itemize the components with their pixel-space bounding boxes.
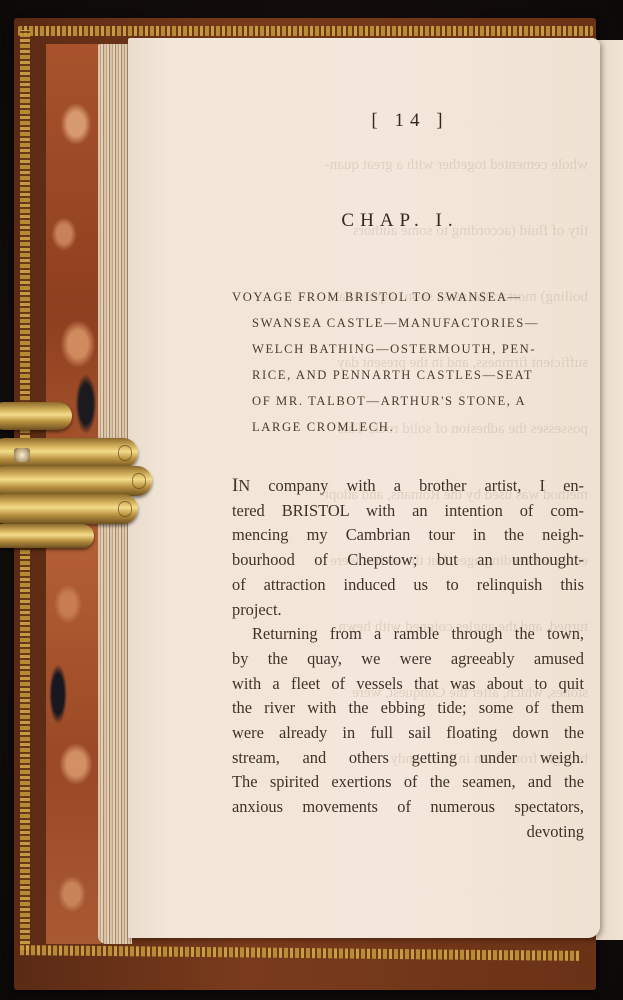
body-line: of attraction induced us to relinquish t…: [232, 573, 584, 598]
fingernail: [118, 445, 132, 461]
summary-line: LARGE CROMLECH.: [232, 414, 588, 440]
clasp-finger: [0, 466, 152, 496]
summary-line: SWANSEA CASTLE—MANUFACTORIES—: [232, 310, 588, 336]
clasp-ring-icon: [14, 448, 30, 462]
summary-line: OF MR. TALBOT—ARTHUR'S STONE, A: [232, 388, 588, 414]
catchword: devoting: [232, 820, 584, 845]
brass-hand-clasp: [0, 400, 160, 550]
body-line: were already in full sail floating down …: [232, 721, 584, 746]
clasp-finger: [0, 524, 94, 548]
summary-line: RICE, AND PENNARTH CASTLES—SEAT: [232, 362, 588, 388]
body-line: the river with the ebbing tide; some of …: [232, 696, 584, 721]
body-line: project.: [232, 598, 584, 623]
body-text: IN company with a brother artist, I en- …: [232, 474, 584, 845]
fingernail: [118, 501, 132, 517]
clasp-finger: [0, 494, 138, 524]
chapter-title: CHAP. I.: [300, 210, 500, 232]
fingernail: [132, 473, 146, 489]
body-line: IN company with a brother artist, I en-: [232, 474, 584, 499]
ghost-line: whole cemented together with a great qua…: [238, 154, 588, 176]
clasp-thumb: [0, 402, 72, 430]
line-text: N company with a brother artist, I en-: [238, 476, 584, 495]
summary-line: VOYAGE FROM BRISTOL TO SWANSEA—: [232, 284, 588, 310]
body-line: tered BRISTOL with an intention of com-: [232, 499, 584, 524]
body-line: Returning from a ramble through the town…: [232, 622, 584, 647]
book-photo: whole cemented together with a great qua…: [0, 0, 623, 1000]
paragraph-1: IN company with a brother artist, I en- …: [232, 474, 584, 622]
chapter-summary: VOYAGE FROM BRISTOL TO SWANSEA— SWANSEA …: [232, 284, 588, 440]
body-line: stream, and others getting under weigh.: [232, 746, 584, 771]
next-page-edge: [596, 40, 623, 940]
body-line: by the quay, we were agreeably amused: [232, 647, 584, 672]
body-line: mencing my Cambrian tour in the neigh-: [232, 523, 584, 548]
gilt-border-top: [18, 26, 593, 36]
page-number: [ 14 ]: [370, 110, 450, 132]
paragraph-2: Returning from a ramble through the town…: [232, 622, 584, 820]
summary-line: WELCH BATHING—OSTERMOUTH, PEN-: [232, 336, 588, 362]
body-line: The spirited exertions of the seamen, an…: [232, 770, 584, 795]
body-line: bourhood of Chepstow; but an unthought-: [232, 548, 584, 573]
body-line: anxious movements of numerous spectators…: [232, 795, 584, 820]
body-line: with a fleet of vessels that was about t…: [232, 672, 584, 697]
